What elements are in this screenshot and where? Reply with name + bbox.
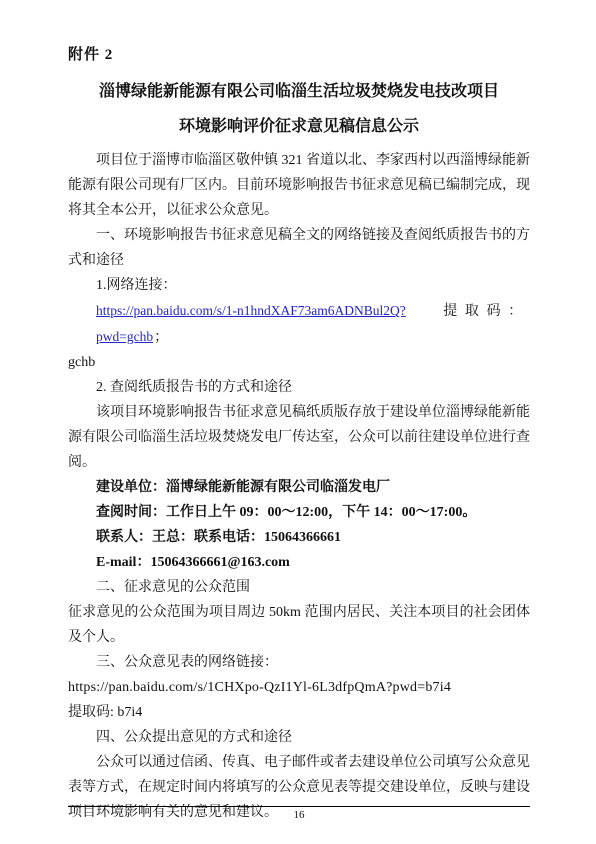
- report-link-wrap: https://pan.baidu.com/s/1-n1hndXAF73am6A…: [96, 298, 443, 350]
- document-page: 附件 2 淄博绿能新能源有限公司临淄生活垃圾焚烧发电技改项目 环境影响评价征求意…: [0, 0, 596, 844]
- email-line: E-mail：15064366661@163.com: [68, 550, 530, 575]
- section-1-heading: 一、环境影响报告书征求意见稿全文的网络链接及查阅纸质报告书的方式和途径: [68, 223, 530, 273]
- paper-review-paragraph: 该项目环境影响报告书征求意见稿纸质版存放于建设单位淄博绿能新能源有限公司临淄生活…: [68, 400, 530, 475]
- report-draft-link[interactable]: https://pan.baidu.com/s/1-n1hndXAF73am6A…: [96, 303, 406, 344]
- opinion-form-link: https://pan.baidu.com/s/1CHXpo-QzI1Yl-6L…: [68, 675, 530, 700]
- review-time-line: 查阅时间：工作日上午 09：00～12:00，下午 14：00～17:00。: [68, 500, 530, 525]
- page-footer: 16: [68, 806, 530, 822]
- section-2-heading: 二、征求意见的公众范围: [68, 575, 530, 600]
- link-semicolon: ；: [154, 330, 168, 345]
- report-link-line: https://pan.baidu.com/s/1-n1hndXAF73am6A…: [68, 298, 530, 350]
- attachment-label: 附件 2: [68, 43, 530, 64]
- public-scope-paragraph: 征求意见的公众范围为项目周边 50km 范围内居民、关注本项目的社会团体及个人。: [68, 600, 530, 650]
- doc-title-line-2: 环境影响评价征求意见稿信息公示: [68, 115, 530, 138]
- opinion-form-code: 提取码: b7i4: [68, 700, 530, 725]
- doc-title-line-1: 淄博绿能新能源有限公司临淄生活垃圾焚烧发电技改项目: [68, 80, 530, 103]
- section-4-heading: 四、公众提出意见的方式和途径: [68, 725, 530, 750]
- contact-person-line: 联系人：王总：联系电话：15064366661: [68, 525, 530, 550]
- construction-unit-line: 建设单位：淄博绿能新能源有限公司临淄发电厂: [68, 475, 530, 500]
- page-number: 16: [68, 808, 530, 822]
- section-3-heading: 三、公众意见表的网络链接：: [68, 650, 530, 675]
- document-content: 附件 2 淄博绿能新能源有限公司临淄生活垃圾焚烧发电技改项目 环境影响评价征求意…: [0, 0, 596, 825]
- network-link-label: 1.网络连接：: [68, 273, 530, 298]
- paper-review-label: 2. 查阅纸质报告书的方式和途径: [68, 375, 530, 400]
- extraction-code-value: gchb: [68, 350, 530, 375]
- extraction-code-label: 提取码：: [443, 299, 530, 324]
- intro-paragraph: 项目位于淄博市临淄区敬仲镇 321 省道以北、李家西村以西淄博绿能新能源有限公司…: [68, 148, 530, 223]
